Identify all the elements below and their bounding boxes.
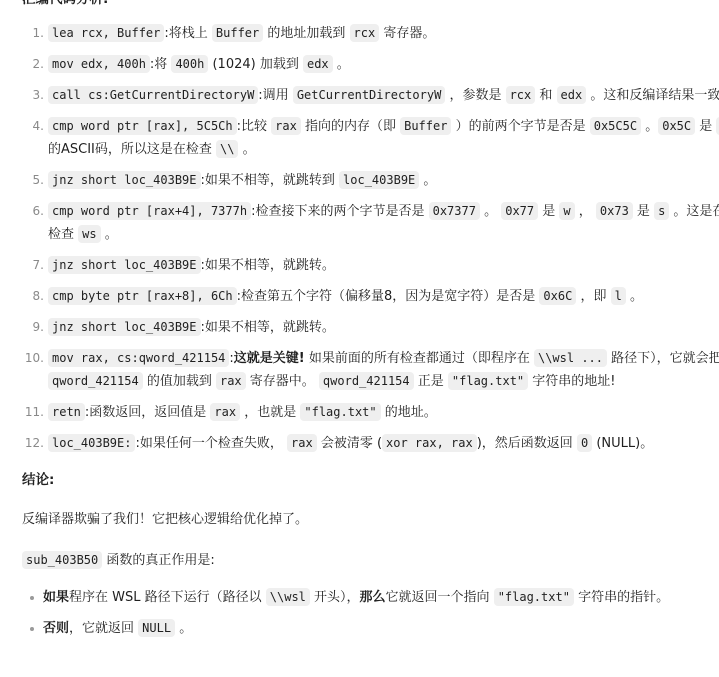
step-text: 是 — [695, 119, 716, 134]
step-text: ，也就是 — [240, 405, 300, 420]
step-number: 5. — [22, 169, 44, 192]
step-text: 的值加载到 — [143, 374, 216, 389]
inline-code: qword_421154 — [319, 372, 414, 390]
step-text: 寄存器。 — [379, 26, 435, 41]
code-instruction: cmp word ptr [rax+4], 7377h — [48, 202, 251, 220]
step-text: 会被清零 ( — [317, 436, 382, 451]
step-text: 的ASCII码，所以这是在检查 — [48, 142, 216, 157]
section-title: 汇编代码分析: — [22, 0, 719, 10]
inline-code: 0x7377 — [429, 202, 480, 220]
step-text: 路径下），它就会把 — [607, 351, 719, 366]
list-item: 5. jnz short loc_403B9E:如果不相等，就跳转到 loc_4… — [0, 169, 719, 192]
emphasis-text: 否则 — [43, 621, 69, 636]
step-number: 8. — [22, 285, 44, 308]
inline-code: \\ — [216, 140, 238, 158]
step-text: :函数返回，返回值是 — [85, 405, 211, 420]
assembly-steps-list: 1. lea rcx, Buffer:将栈上 Buffer 的地址加载到 rcx… — [0, 22, 719, 455]
step-text: 的地址。 — [381, 405, 437, 420]
code-instruction: cmp word ptr [rax], 5C5Ch — [48, 117, 237, 135]
step-text: 。这和反编译结果一致。 — [586, 88, 719, 103]
step-text: 。 — [641, 119, 658, 134]
step-text: 如果前面的所有检查都通过（即程序在 — [305, 351, 534, 366]
function-purpose-paragraph: sub_403B50 函数的真正作用是: — [22, 549, 719, 572]
inline-code: l — [611, 287, 626, 305]
inline-code: s — [654, 202, 669, 220]
step-number: 11. — [22, 401, 44, 424]
inline-code: Buffer — [212, 24, 263, 42]
step-text: 。 — [238, 142, 255, 157]
bullet-dot-icon — [30, 627, 34, 631]
code-instruction: jnz short loc_403B9E — [48, 171, 201, 189]
step-text: :调用 — [258, 88, 293, 103]
step-text: 。 — [626, 289, 643, 304]
step-text: :检查接下来的两个字节是否是 — [251, 204, 429, 219]
inline-code: 0 — [577, 434, 592, 452]
inline-code: 0x5C5C — [590, 117, 641, 135]
step-text: 。 — [333, 57, 350, 72]
step-text: :将栈上 — [164, 26, 212, 41]
emphasis-text: 这就是关键! — [234, 351, 305, 366]
bullet-text: 开头）， — [310, 590, 360, 605]
step-text: :如果不相等，就跳转。 — [201, 320, 335, 335]
inline-code: rax — [271, 117, 301, 135]
list-item: 7. jnz short loc_403B9E:如果不相等，就跳转。 — [0, 254, 719, 277]
inline-code: 0x73 — [596, 202, 633, 220]
step-text: (NULL)。 — [592, 436, 653, 451]
inline-code: GetCurrentDirectoryW — [293, 86, 446, 104]
step-text: 。 — [480, 204, 501, 219]
function-name-code: sub_403B50 — [22, 551, 102, 569]
paragraph-text: 函数的真正作用是: — [102, 553, 215, 568]
inline-code: rcx — [506, 86, 536, 104]
step-text: 的地址加载到 — [263, 26, 349, 41]
step-number: 3. — [22, 84, 44, 107]
conclusion-paragraph: 反编译器欺骗了我们！它把核心逻辑给优化掉了。 — [22, 509, 719, 531]
inline-code: 0x77 — [501, 202, 538, 220]
step-text: 指向的内存（即 — [301, 119, 400, 134]
step-text: :比较 — [237, 119, 272, 134]
inline-code: Buffer — [400, 117, 451, 135]
step-text: ）的前两个字节是否是 — [451, 119, 589, 134]
inline-code: edx — [303, 55, 333, 73]
list-item: 6. cmp word ptr [rax+4], 7377h:检查接下来的两个字… — [0, 200, 719, 246]
inline-code: \\wsl ... — [534, 349, 607, 367]
inline-code: "flag.txt" — [300, 403, 380, 421]
inline-code: rax — [216, 372, 246, 390]
inline-code: qword_421154 — [48, 372, 143, 390]
code-instruction: mov edx, 400h — [48, 55, 150, 73]
step-text: 和 — [535, 88, 556, 103]
inline-code: 400h — [171, 55, 208, 73]
step-number: 9. — [22, 316, 44, 339]
step-text: (1024) 加载到 — [208, 57, 303, 72]
code-instruction: call cs:GetCurrentDirectoryW — [48, 86, 258, 104]
inline-code: 0x6C — [539, 287, 576, 305]
list-item: 2. mov edx, 400h:将 400h (1024) 加载到 edx 。 — [0, 53, 719, 76]
inline-code: "flag.txt" — [494, 588, 574, 606]
step-text: 。 — [101, 227, 118, 242]
code-instruction: retn — [48, 403, 85, 421]
list-item: 4. cmp word ptr [rax], 5C5Ch:比较 rax 指向的内… — [0, 115, 719, 161]
bullet-text: 。 — [175, 621, 192, 636]
step-text: 。 — [419, 173, 436, 188]
inline-code: w — [559, 202, 574, 220]
step-number: 1. — [22, 22, 44, 45]
list-item: 1. lea rcx, Buffer:将栈上 Buffer 的地址加载到 rcx… — [0, 22, 719, 45]
step-text: ，即 — [576, 289, 610, 304]
emphasis-text: 那么 — [360, 590, 386, 605]
code-instruction: mov rax, cs:qword_421154 — [48, 349, 229, 367]
step-text: :将 — [150, 57, 172, 72]
inline-code: \\wsl — [266, 588, 310, 606]
step-text: :如果任何一个检查失败， — [135, 436, 287, 451]
inline-code: NULL — [138, 619, 175, 637]
emphasis-text: 如果 — [43, 590, 69, 605]
bullet-item: 如果程序在 WSL 路径下运行（路径以 \\wsl 开头），那么它就返回一个指向… — [0, 586, 719, 609]
code-instruction: jnz short loc_403B9E — [48, 256, 201, 274]
list-item: 9. jnz short loc_403B9E:如果不相等，就跳转。 — [0, 316, 719, 339]
step-text: 寄存器中。 — [246, 374, 319, 389]
step-text: :如果不相等，就跳转到 — [201, 173, 340, 188]
code-instruction: loc_403B9E: — [48, 434, 135, 452]
bullet-text: ，它就返回 — [69, 621, 138, 636]
step-number: 2. — [22, 53, 44, 76]
bullet-text: 字符串的指针。 — [574, 590, 669, 605]
step-text: 是 — [633, 204, 654, 219]
bullet-dot-icon — [30, 596, 34, 600]
inline-code: "flag.txt" — [448, 372, 528, 390]
step-text: :检查第五个字符（偏移量8，因为是宽字符）是否是 — [237, 289, 540, 304]
list-item: 8. cmp byte ptr [rax+8], 6Ch:检查第五个字符（偏移量… — [0, 285, 719, 308]
step-number: 10. — [22, 347, 44, 370]
step-number: 7. — [22, 254, 44, 277]
bullet-item: 否则，它就返回 NULL 。 — [0, 617, 719, 640]
inline-code: edx — [557, 86, 587, 104]
conclusion-title: 结论: — [22, 469, 719, 491]
code-instruction: lea rcx, Buffer — [48, 24, 164, 42]
inline-code: loc_403B9E — [339, 171, 419, 189]
list-item: 3. call cs:GetCurrentDirectoryW:调用 GetCu… — [0, 84, 719, 107]
bullet-text: 它就返回一个指向 — [386, 590, 494, 605]
step-text: 字符串的地址! — [528, 374, 615, 389]
step-number: 6. — [22, 200, 44, 223]
analysis-content: 汇编代码分析: 1. lea rcx, Buffer:将栈上 Buffer 的地… — [0, 0, 719, 648]
code-instruction: jnz short loc_403B9E — [48, 318, 201, 336]
inline-code: rcx — [350, 24, 380, 42]
step-text: :如果不相等，就跳转。 — [201, 258, 335, 273]
step-text: 是 — [538, 204, 559, 219]
conclusion-bullets: 如果程序在 WSL 路径下运行（路径以 \\wsl 开头），那么它就返回一个指向… — [0, 586, 719, 640]
list-item: 12. loc_403B9E::如果任何一个检查失败， rax 会被清零 (xo… — [0, 432, 719, 455]
inline-code: 0x5C — [658, 117, 695, 135]
inline-code: rax — [287, 434, 317, 452]
step-number: 4. — [22, 115, 44, 138]
list-item: 10. mov rax, cs:qword_421154:这就是关键! 如果前面… — [0, 347, 719, 393]
code-instruction: cmp byte ptr [rax+8], 6Ch — [48, 287, 237, 305]
list-item: 11. retn:函数返回，返回值是 rax ，也就是 "flag.txt" 的… — [0, 401, 719, 424]
step-text: )，然后函数返回 — [477, 436, 577, 451]
step-text: 正是 — [414, 374, 448, 389]
inline-code: xor rax, rax — [382, 434, 477, 452]
inline-code: rax — [210, 403, 240, 421]
inline-code: ws — [78, 225, 100, 243]
step-text: ，参数是 — [445, 88, 505, 103]
bullet-text: 程序在 WSL 路径下运行（路径以 — [69, 590, 266, 605]
step-text: ， — [575, 204, 596, 219]
step-number: 12. — [22, 432, 44, 455]
